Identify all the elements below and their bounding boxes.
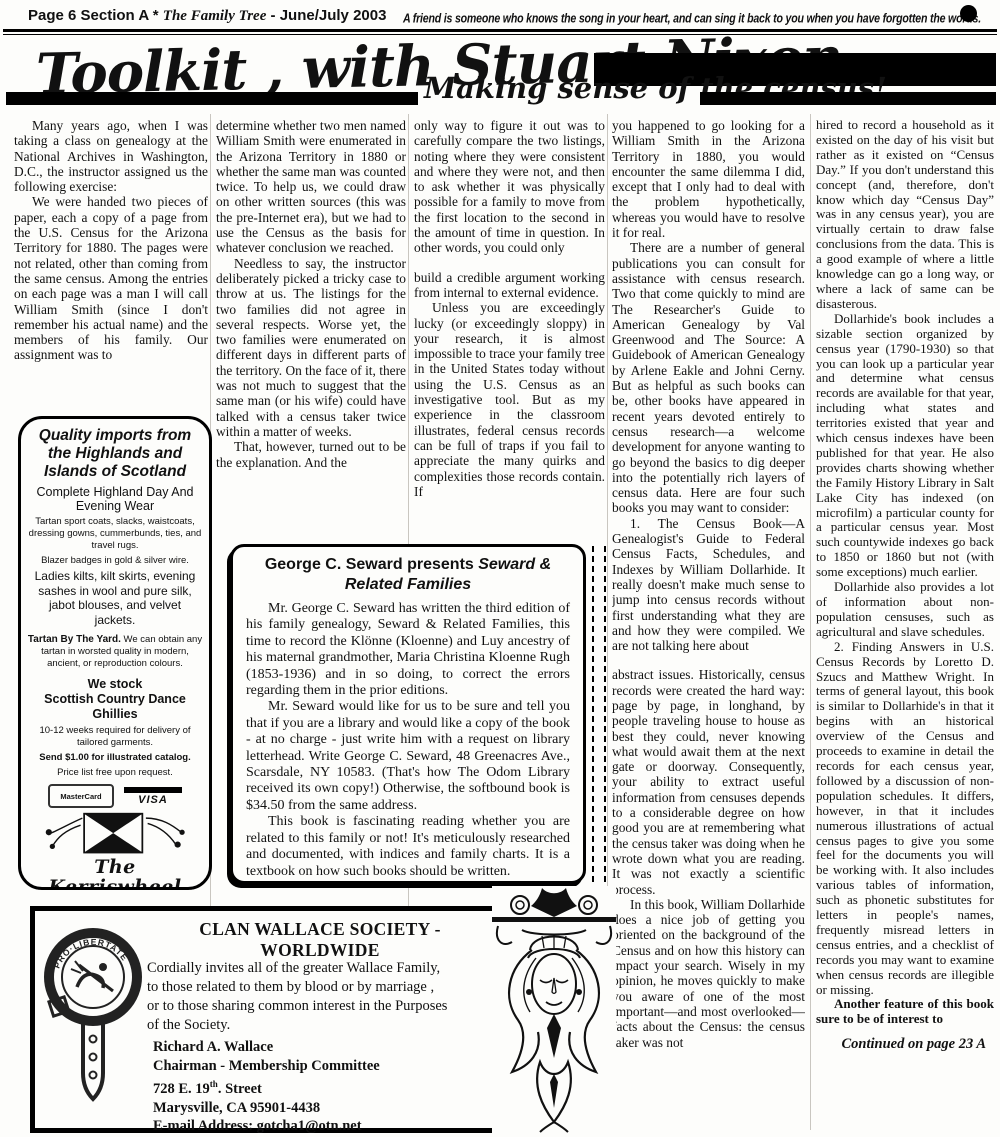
paragraph: That, however, turned out to be the expl… <box>216 439 406 470</box>
visa-logo: VISA <box>124 787 182 806</box>
ad-line: Ladies kilts, kilt skirts, evening sashe… <box>27 569 203 627</box>
paragraph: 2. Finding Answers in U.S. Census Record… <box>816 640 994 998</box>
subtitle-bar-left <box>6 92 418 105</box>
ad-tartan-note: Tartan By The Yard. We can obtain any ta… <box>27 634 203 670</box>
clan-wallace-ad: PRO·LIBERTATE CLAN WALLACE SOCIETY - WOR… <box>30 906 508 1133</box>
contact-city: Marysville, CA 95901-4438 <box>153 1099 380 1118</box>
saltire-thistle-logo <box>40 811 190 857</box>
masthead-quote: A friend is someone who knows the song i… <box>403 11 955 26</box>
contact-email: E-mail Address: gotcha1@otn.net <box>153 1117 380 1136</box>
paragraph: Many years ago, when I was taking a clas… <box>14 118 208 194</box>
ad-stock-line: We stock Scottish Country Dance Ghillies <box>27 677 203 722</box>
paragraph: determine whether two men named William … <box>216 118 406 256</box>
subtitle-bar-right <box>700 92 996 105</box>
article-column-3: only way to figure it out was to careful… <box>414 118 605 542</box>
paragraph: There are a number of general publicatio… <box>612 240 805 515</box>
wallace-body-line: of the Society. <box>147 1016 499 1035</box>
article-column-1: Many years ago, when I was taking a clas… <box>14 118 208 414</box>
column-divider <box>810 114 811 1130</box>
payment-cards: MasterCard VISA <box>27 784 203 808</box>
wallace-contact: Richard A. Wallace Chairman - Membership… <box>153 1038 380 1136</box>
thistle-lady-illustration <box>492 886 616 1136</box>
paper-title: The Family Tree <box>163 8 267 24</box>
paragraph: build a credible argument working from i… <box>414 270 605 301</box>
dashed-column-rule <box>592 546 606 882</box>
newspaper-page: Page 6 Section A * The Family Tree - Jun… <box>0 0 1000 1137</box>
bullet-dot-icon <box>960 5 977 22</box>
ad-note: Send $1.00 for illustrated catalog. <box>27 752 203 764</box>
ad-line: Tartan sport coats, slacks, waistcoats, … <box>27 516 203 552</box>
continued-notice: Continued on page 23 A <box>816 1037 994 1052</box>
ad-stock-1: We stock <box>27 677 203 692</box>
ad-headline: Quality imports from the Highlands and I… <box>27 427 203 481</box>
wallace-body-line: to those related to them by blood or by … <box>147 978 499 997</box>
paragraph: Needless to say, the instructor delibera… <box>216 256 406 440</box>
scotland-imports-ad: Quality imports from the Highlands and I… <box>18 416 212 890</box>
paragraph: abstract issues. Historically, census re… <box>612 667 805 896</box>
paragraph: only way to figure it out was to careful… <box>414 118 605 256</box>
paragraph: Mr. Seward would like for us to be sure … <box>246 699 570 814</box>
kerriswheel-logo-row <box>27 811 203 857</box>
visa-bar <box>124 787 182 793</box>
paragraph: hired to record a household as it existe… <box>816 118 994 312</box>
issue-date: - June/July 2003 <box>271 7 387 24</box>
store-name: The Kerriswheel <box>27 857 203 890</box>
contact-role: Chairman - Membership Committee <box>153 1057 380 1076</box>
ad-stock-2: Scottish Country Dance Ghillies <box>27 692 203 722</box>
seward-title: George C. Seward presents Seward & Relat… <box>246 555 570 595</box>
paragraph: In this book, William Dollarhide does a … <box>612 897 805 1050</box>
ad-subhead: Complete Highland Day And Evening Wear <box>27 485 203 513</box>
visa-text: VISA <box>124 794 182 806</box>
ad-note: Price list free upon request. <box>27 767 203 779</box>
mastercard-logo: MasterCard <box>48 784 114 808</box>
wallace-body-line: Cordially invites all of the greater Wal… <box>147 959 499 978</box>
paragraph: Dollarhide's book includes a sizable sec… <box>816 312 994 580</box>
paragraph: you happened to go looking for a William… <box>612 118 805 240</box>
paragraph: 1. The Census Book—A Genealogist's Guide… <box>612 516 805 654</box>
contact-name: Richard A. Wallace <box>153 1038 380 1057</box>
page-section-label: Page 6 Section A * <box>28 7 159 24</box>
article-column-2: determine whether two men named William … <box>216 118 406 542</box>
ad-line: Blazer badges in gold & silver wire. <box>27 555 203 567</box>
ad-tartan-lead: Tartan By The Yard. <box>28 634 121 645</box>
ad-note: 10-12 weeks required for delivery of tai… <box>27 725 203 749</box>
paragraph: This book is fascinating reading whether… <box>246 814 570 880</box>
paragraph: We were handed two pieces of paper, each… <box>14 194 208 362</box>
masthead-line: Page 6 Section A * The Family Tree - Jun… <box>28 7 386 25</box>
wallace-title: CLAN WALLACE SOCIETY - WORLDWIDE <box>140 919 500 961</box>
street-post: . Street <box>218 1081 262 1097</box>
contact-street: 728 E. 19th. Street <box>153 1075 380 1098</box>
street-pre: 728 E. 19 <box>153 1081 210 1097</box>
article-column-5: hired to record a household as it existe… <box>816 118 994 1134</box>
wallace-body-line: or to those sharing common interest in t… <box>147 997 499 1016</box>
paragraph: Unless you are exceedingly lucky (or exc… <box>414 300 605 499</box>
paragraph: Another feature of this book sure to be … <box>816 997 994 1027</box>
paragraph: Dollarhide also provides a lot of inform… <box>816 580 994 640</box>
wallace-body: Cordially invites all of the greater Wal… <box>147 959 499 1035</box>
clan-wallace-badge: PRO·LIBERTATE <box>41 917 145 1117</box>
paragraph: Mr. George C. Seward has written the thi… <box>246 601 570 699</box>
seward-book-box: George C. Seward presents Seward & Relat… <box>230 544 586 884</box>
article-column-4: you happened to go looking for a William… <box>612 118 805 1132</box>
street-ordinal: th <box>210 1079 218 1089</box>
seward-title-pre: George C. Seward presents <box>265 556 478 573</box>
